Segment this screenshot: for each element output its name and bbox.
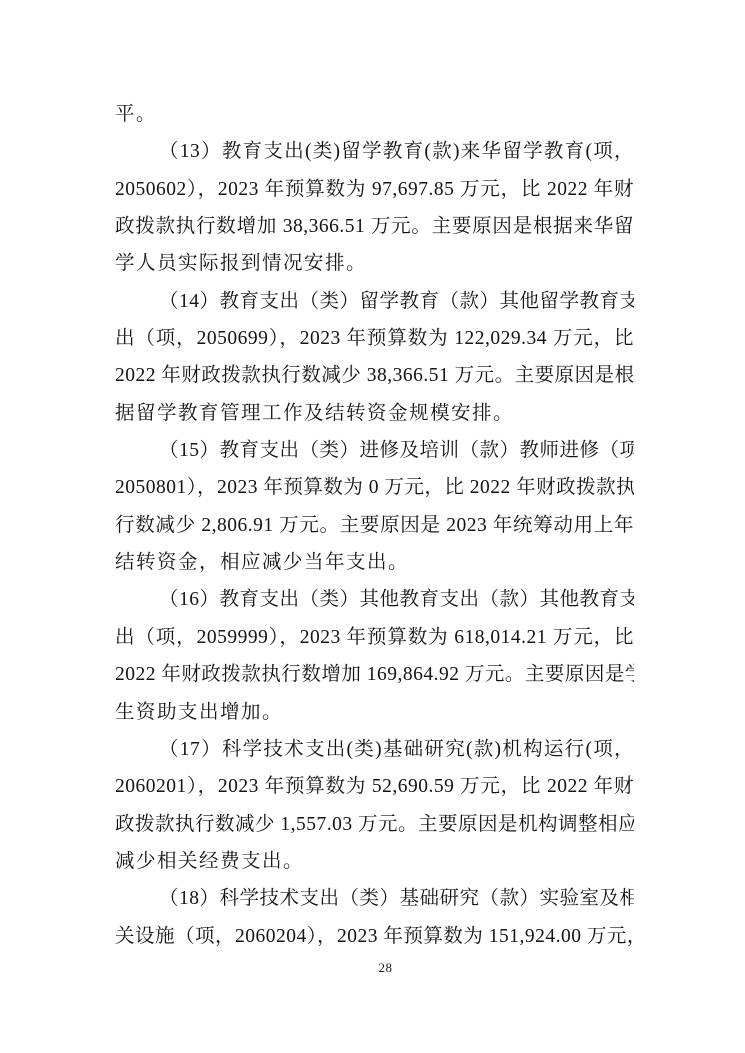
paragraph-line: 政拨款执行数增加 38,366.51 万元。主要原因是根据来华留 <box>115 208 634 245</box>
paragraph-line: （17）科学技术支出(类)基础研究(款)机构运行(项， <box>115 731 634 768</box>
paragraph-line: 据留学教育管理工作及结转资金规模安排。 <box>115 395 634 432</box>
document-page: 平。 （13）教育支出(类)留学教育(款)来华留学教育(项， 2050602），… <box>0 0 745 1053</box>
paragraph-line: 减少相关经费支出。 <box>115 843 634 880</box>
paragraph-line: （14）教育支出（类）留学教育（款）其他留学教育支 <box>115 283 634 320</box>
paragraph-line: 2022 年财政拨款执行数增加 169,864.92 万元。主要原因是学 <box>115 656 634 693</box>
page-number: 28 <box>0 960 745 976</box>
paragraph-line: 生资助支出增加。 <box>115 694 634 731</box>
paragraph-line: 行数减少 2,806.91 万元。主要原因是 2023 年统筹动用上年 <box>115 507 634 544</box>
paragraph-line: 出（项，2059999），2023 年预算数为 618,014.21 万元，比 <box>115 619 634 656</box>
paragraph-line: 2060201），2023 年预算数为 52,690.59 万元，比 2022 … <box>115 768 634 805</box>
paragraph-line: （16）教育支出（类）其他教育支出（款）其他教育支 <box>115 581 634 618</box>
paragraph-line: （18）科学技术支出（类）基础研究（款）实验室及相 <box>115 880 634 917</box>
paragraph-line: 出（项，2050699），2023 年预算数为 122,029.34 万元，比 <box>115 320 634 357</box>
paragraph-line: 2050602），2023 年预算数为 97,697.85 万元，比 2022 … <box>115 171 634 208</box>
paragraph-line: 结转资金，相应减少当年支出。 <box>115 544 634 581</box>
text-block: 平。 （13）教育支出(类)留学教育(款)来华留学教育(项， 2050602），… <box>115 96 634 955</box>
paragraph-line: （15）教育支出（类）进修及培训（款）教师进修（项， <box>115 432 634 469</box>
paragraph-line: 平。 <box>115 96 634 133</box>
paragraph-line: 2022 年财政拨款执行数减少 38,366.51 万元。主要原因是根 <box>115 357 634 394</box>
paragraph-line: （13）教育支出(类)留学教育(款)来华留学教育(项， <box>115 133 634 170</box>
paragraph-line: 学人员实际报到情况安排。 <box>115 245 634 282</box>
paragraph-line: 2050801），2023 年预算数为 0 万元，比 2022 年财政拨款执 <box>115 469 634 506</box>
paragraph-line: 政拨款执行数减少 1,557.03 万元。主要原因是机构调整相应 <box>115 806 634 843</box>
paragraph-line: 关设施（项，2060204），2023 年预算数为 151,924.00 万元， <box>115 918 634 955</box>
